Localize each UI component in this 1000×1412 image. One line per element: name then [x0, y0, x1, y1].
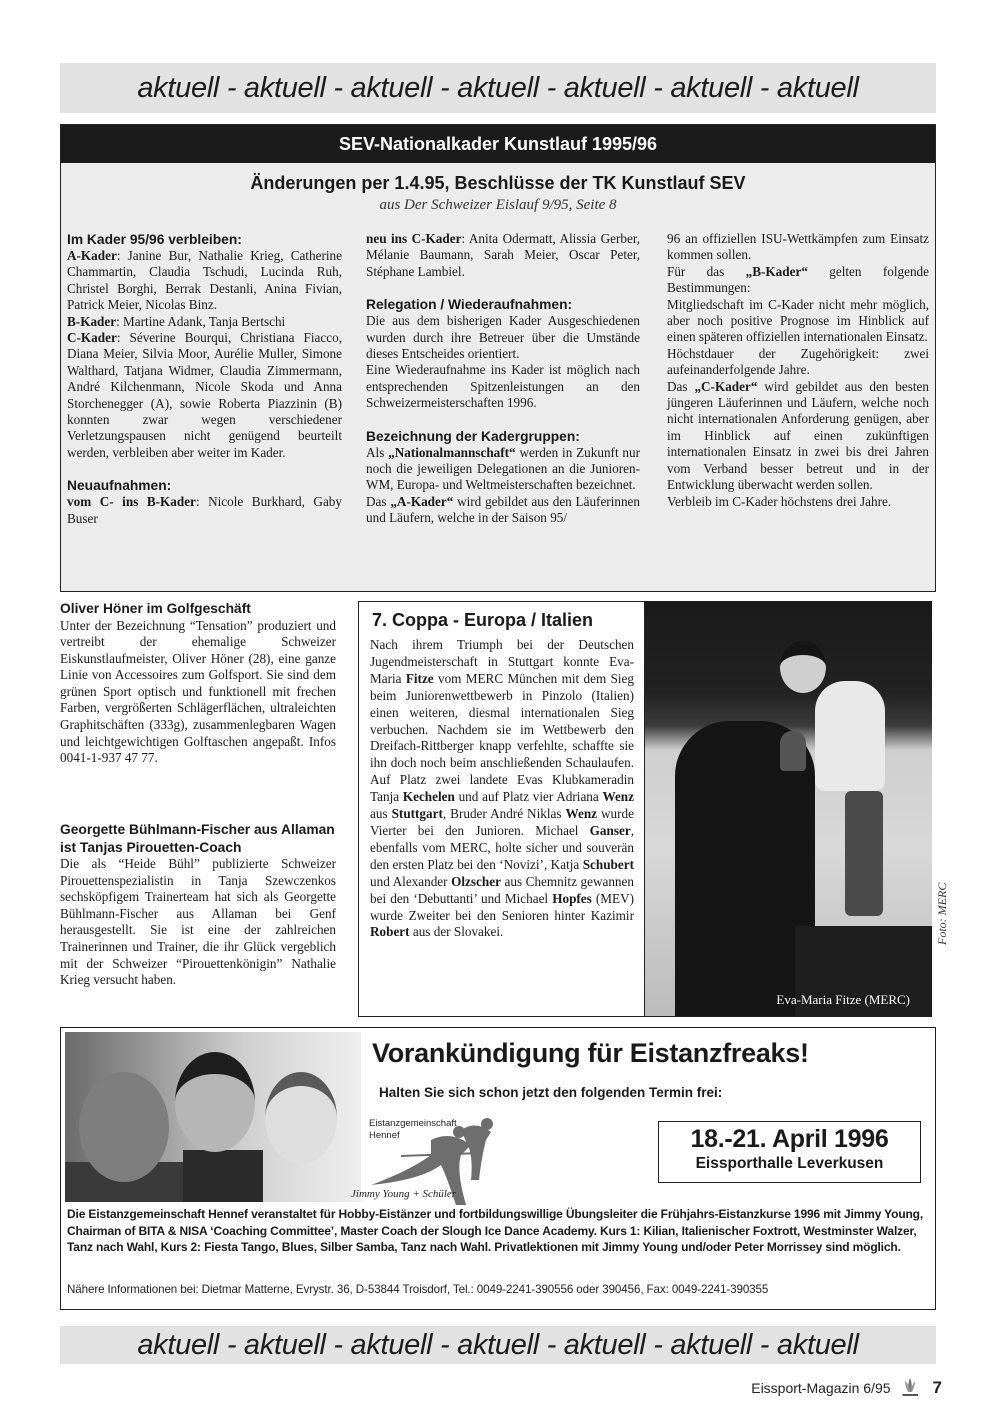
- a-kader-def-text: Das „A-Kader“ wird gebildet aus den Läuf…: [366, 494, 640, 527]
- eistanz-advertisement: Vorankündigung für Eistanzfreaks! Halten…: [60, 1027, 936, 1310]
- article-body: Die als “Heide Bühl” publizierte Schweiz…: [60, 856, 336, 989]
- relegation-p2: Eine Wiederaufnahme ins Kader ist möglic…: [366, 362, 640, 411]
- trophy-icon: [780, 731, 806, 771]
- ad-contact: Nähere Informationen bei: Dietmar Matter…: [67, 1283, 931, 1296]
- aktuell-banner-bottom: aktuell - aktuell - aktuell - aktuell - …: [60, 1326, 936, 1364]
- ad-photo-caption: Jimmy Young + Schüler: [351, 1188, 456, 1200]
- photo-caption: Eva-Maria Fitze (MERC): [776, 992, 910, 1008]
- article-title: Oliver Höner im Golfgeschäft: [60, 600, 336, 618]
- a-kader-def-cont: 96 an offiziellen ISU-Wettkämpfen zum Ei…: [667, 231, 929, 264]
- ad-subtitle: Halten Sie sich schon jetzt den folgende…: [379, 1085, 722, 1100]
- highlighted-name: Olzscher: [451, 874, 501, 889]
- page-number: 7: [933, 1378, 942, 1398]
- a-kader-text: A-Kader: Janine Bur, Nathalie Krieg, Cat…: [67, 248, 342, 314]
- sev-nationalkader-box: SEV-Nationalkader Kunstlauf 1995/96 Ände…: [60, 124, 936, 592]
- sev-column-3: 96 an offiziellen ISU-Wettkämpfen zum Ei…: [667, 231, 929, 527]
- sev-title: Änderungen per 1.4.95, Beschlüsse der TK…: [61, 173, 935, 194]
- c-kader-def-text: Das „C-Kader“ wird gebildet aus den best…: [667, 379, 929, 494]
- article-oliver-hoener: Oliver Höner im Golfgeschäft Unter der B…: [60, 600, 336, 767]
- b-kader-def-text: Für das „B-Kader“ gelten folgende Bestim…: [667, 264, 929, 297]
- ad-event-venue: Eissporthalle Leverkusen: [659, 1154, 920, 1174]
- ad-event-date: 18.-21. April 1996: [659, 1124, 920, 1154]
- highlighted-name: Wenz: [603, 789, 635, 804]
- photo-eva-maria-fitze: Eva-Maria Fitze (MERC): [645, 601, 932, 1017]
- b-kader-duration: Höchstdauer der Zugehörigkeit: zwei aufe…: [667, 346, 929, 379]
- ad-title: Vorankündigung für Eistanzfreaks!: [372, 1038, 809, 1069]
- highlighted-name: Ganser: [590, 823, 631, 838]
- magazine-issue: Eissport-Magazin 6/95: [751, 1380, 890, 1396]
- sev-header: SEV-Nationalkader Kunstlauf 1995/96: [61, 125, 935, 163]
- highlighted-name: Stuttgart: [392, 806, 443, 821]
- highlighted-name: Schubert: [583, 857, 634, 872]
- article-title: Georgette Bühlmann-Fischer aus Allaman i…: [60, 821, 336, 856]
- c-kader-text: C-Kader: Séverine Bourqui, Christiana Fi…: [67, 330, 342, 461]
- highlighted-name: Robert: [370, 924, 410, 939]
- heading-im-kader: Im Kader 95/96 verbleiben:: [67, 231, 342, 248]
- ad-logo-text: Eistanzgemeinschaft Hennef: [369, 1118, 457, 1142]
- coppa-title: 7. Coppa - Europa / Italien: [370, 610, 634, 631]
- ad-event-date-box: 18.-21. April 1996 Eissporthalle Leverku…: [658, 1121, 921, 1183]
- relegation-p1: Die aus dem bisherigen Kader Ausgeschied…: [366, 313, 640, 362]
- highlighted-name: Kechelen: [403, 789, 455, 804]
- neu-ins-c-kader-text: neu ins C-Kader: Anita Odermatt, Alissia…: [366, 231, 640, 280]
- sev-source: aus Der Schweizer Eislauf 9/95, Seite 8: [61, 197, 935, 214]
- c-ins-b-kader-text: vom C- ins B-Kader: Nicole Burkhard, Gab…: [67, 494, 342, 527]
- nationalmannschaft-text: Als „Nationalmannschaft“ werden in Zukun…: [366, 445, 640, 494]
- heading-neuaufnahmen: Neuaufnahmen:: [67, 477, 342, 494]
- aktuell-banner-top: aktuell - aktuell - aktuell - aktuell - …: [60, 63, 936, 113]
- ad-photo-jimmy-young: [65, 1032, 361, 1202]
- coppa-body: Nach ihrem Triumph bei der Deutschen Jug…: [370, 637, 634, 941]
- highlighted-name: Fitze: [406, 671, 434, 686]
- article-body: Unter der Bezeichnung “Tensation” produz…: [60, 618, 336, 767]
- ice-skate-leaf-logo-icon: [899, 1376, 921, 1400]
- page-footer: Eissport-Magazin 6/95 7: [751, 1376, 942, 1400]
- article-georgette-buehlmann: Georgette Bühlmann-Fischer aus Allaman i…: [60, 821, 336, 989]
- b-kader-text: B-Kader: Martine Adank, Tanja Bertschi: [67, 314, 342, 330]
- heading-bezeichnung: Bezeichnung der Kadergruppen:: [366, 428, 640, 445]
- sev-column-1: Im Kader 95/96 verbleiben: A-Kader: Jani…: [67, 231, 342, 527]
- heading-relegation: Relegation / Wiederaufnahmen:: [366, 296, 640, 313]
- highlighted-name: Hopfes: [552, 891, 592, 906]
- c-kader-duration: Verbleib im C-Kader höchstens drei Jahre…: [667, 494, 929, 510]
- photo-credit: Foto: MERC: [935, 875, 950, 945]
- b-kader-criteria: Mitgliedschaft im C-Kader nicht mehr mög…: [667, 297, 929, 346]
- coppa-europa-box: 7. Coppa - Europa / Italien Nach ihrem T…: [358, 601, 645, 1017]
- ad-body: Die Eistanzgemeinschaft Hennef veranstal…: [67, 1206, 931, 1256]
- highlighted-name: Wenz: [566, 806, 598, 821]
- sev-column-2: neu ins C-Kader: Anita Odermatt, Alissia…: [366, 231, 640, 527]
